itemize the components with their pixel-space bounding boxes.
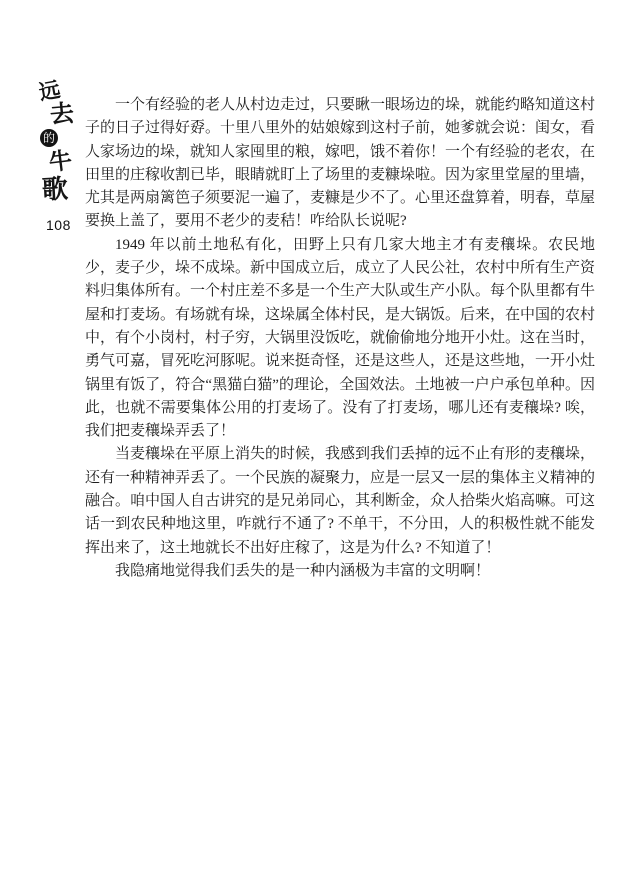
title-char: 歌 bbox=[41, 176, 68, 203]
paragraph-2: 1949 年以前土地私有化，田野上只有几家大地主才有麦穰垛。农民地少，麦子少，垛… bbox=[85, 234, 595, 444]
paragraph-4: 我隐痛地觉得我们丢失的是一种内涵极为丰富的文明啊！ bbox=[85, 560, 595, 583]
paragraph-1: 一个有经验的老人从村边走过，只要瞅一眼场边的垛，就能约略知道这村子的日子过得好孬… bbox=[85, 94, 595, 234]
paragraph-3: 当麦穰垛在平原上消失的时候，我感到我们丢掉的远不止有形的麦穰垛，还有一种精神弄丢… bbox=[85, 443, 595, 559]
title-char-circled: 的 bbox=[40, 129, 58, 147]
text-body: 一个有经验的老人从村边走过，只要瞅一眼场边的垛，就能约略知道这村子的日子过得好孬… bbox=[85, 94, 595, 583]
title-char: 去 bbox=[49, 101, 75, 127]
page-number: 108 bbox=[46, 217, 71, 233]
book-page: 远去的牛歌 108 一个有经验的老人从村边走过，只要瞅一眼场边的垛，就能约略知道… bbox=[0, 0, 634, 891]
book-title-calligraphy: 远去的牛歌 bbox=[36, 80, 82, 203]
title-char: 牛 bbox=[48, 149, 74, 175]
